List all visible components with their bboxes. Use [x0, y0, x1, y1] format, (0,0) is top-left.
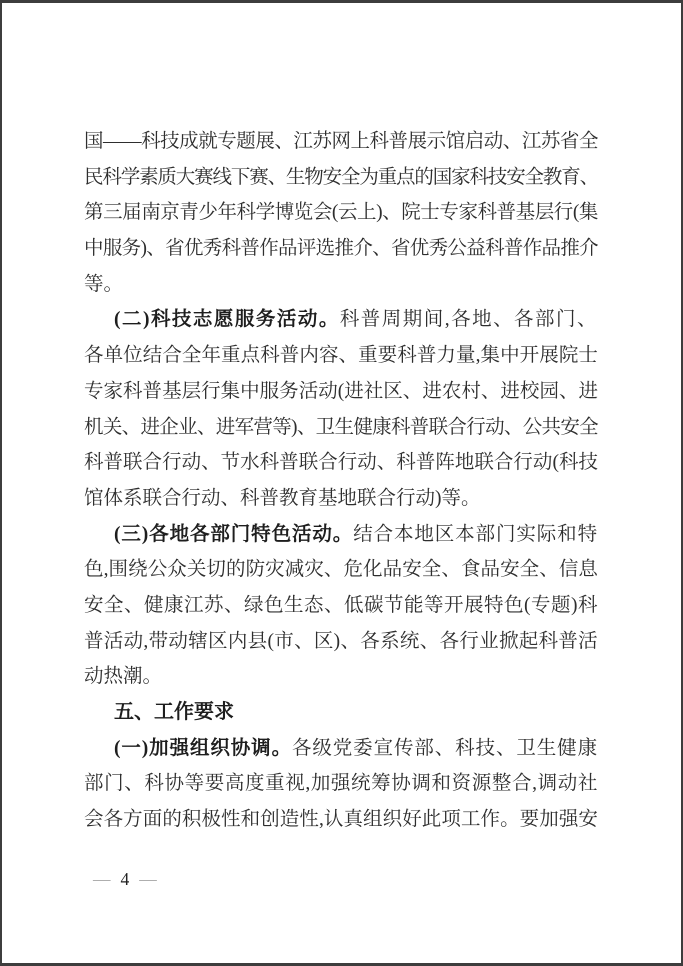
text-line-2: 民科学素质大赛线下赛、生物安全为重点的国家科技安全教育、: [84, 160, 598, 196]
footer-left-dash: —: [93, 869, 111, 889]
body-run: 普活动,带动辖区内县(市、区)、各系统、各行业掀起科普活: [84, 631, 598, 652]
footer-right-dash: —: [139, 869, 157, 889]
line-text: (一)加强组织协调。各级党委宣传部、科技、卫生健康: [114, 731, 598, 767]
bold-run: (二)科技志愿服务活动。: [114, 309, 340, 330]
text-line-13: 色,围绕公众关切的防灾减灾、危化品安全、食品安全、信息: [84, 552, 598, 588]
line-text: 部门、科协等要高度重视,加强统筹协调和资源整合,调动社: [84, 766, 598, 802]
text-line-11: 馆体系联合行动、科普教育基地联合行动)等。: [84, 481, 598, 517]
line-text: 等。: [84, 267, 123, 303]
section-heading-5: 五、工作要求: [84, 695, 598, 731]
line-text: 会各方面的积极性和创造性,认真组织好此项工作。要加强安: [84, 802, 598, 838]
text-line-12: (三)各地各部门特色活动。结合本地区本部门实际和特: [84, 517, 598, 553]
line-text: 科普联合行动、节水科普联合行动、科普阵地联合行动(科技: [84, 445, 598, 481]
line-text: 馆体系联合行动、科普教育基地联合行动)等。: [84, 481, 481, 517]
body-run: 第三届南京青少年科学博览会(云上)、院士专家科普基层行(集: [84, 202, 598, 223]
body-run: 中服务)、省优秀科普作品评选推介、省优秀公益科普作品推介: [84, 238, 598, 259]
body-run: 色,围绕公众关切的防灾减灾、危化品安全、食品安全、信息: [84, 559, 598, 580]
line-text: 机关、进企业、进军营等)、卫生健康科普联合行动、公共安全: [84, 410, 598, 446]
text-line-7: 各单位结合全年重点科普内容、重要科普力量,集中开展院士: [84, 338, 598, 374]
body-run: 国——科技成就专题展、江苏网上科普展示馆启动、江苏省全: [84, 131, 598, 152]
text-line-16: 动热潮。: [84, 659, 598, 695]
bold-run: (三)各地各部门特色活动。: [114, 524, 353, 545]
body-run: 科普联合行动、节水科普联合行动、科普阵地联合行动(科技: [84, 452, 598, 473]
text-line-10: 科普联合行动、节水科普联合行动、科普阵地联合行动(科技: [84, 445, 598, 481]
text-line-6: (二)科技志愿服务活动。科普周期间,各地、各部门、: [84, 302, 598, 338]
text-line-3: 第三届南京青少年科学博览会(云上)、院士专家科普基层行(集: [84, 195, 598, 231]
body-run: 结合本地区本部门实际和特: [353, 524, 598, 545]
bold-run: 五、工作要求: [114, 701, 234, 723]
line-text: 色,围绕公众关切的防灾减灾、危化品安全、食品安全、信息: [84, 552, 598, 588]
body-run: 会各方面的积极性和创造性,认真组织好此项工作。要加强安: [84, 809, 598, 830]
page-number-footer: —4—: [93, 866, 157, 892]
line-text: 第三届南京青少年科学博览会(云上)、院士专家科普基层行(集: [84, 195, 598, 231]
line-text: (三)各地各部门特色活动。结合本地区本部门实际和特: [114, 517, 598, 553]
line-text: 动热潮。: [84, 659, 162, 695]
text-line-4: 中服务)、省优秀科普作品评选推介、省优秀公益科普作品推介: [84, 231, 598, 267]
line-text: (二)科技志愿服务活动。科普周期间,各地、各部门、: [114, 302, 598, 338]
body-run: 科普周期间,各地、各部门、: [340, 309, 598, 330]
text-line-19: 部门、科协等要高度重视,加强统筹协调和资源整合,调动社: [84, 766, 598, 802]
line-text: 五、工作要求: [114, 695, 234, 731]
line-text: 民科学素质大赛线下赛、生物安全为重点的国家科技安全教育、: [84, 160, 598, 196]
body-run: 专家科普基层行集中服务活动(进社区、进农村、进校园、进: [84, 381, 598, 402]
line-text: 安全、健康江苏、绿色生态、低碳节能等开展特色(专题)科: [84, 588, 598, 624]
text-line-14: 安全、健康江苏、绿色生态、低碳节能等开展特色(专题)科: [84, 588, 598, 624]
line-text: 国——科技成就专题展、江苏网上科普展示馆启动、江苏省全: [84, 124, 598, 160]
body-run: 安全、健康江苏、绿色生态、低碳节能等开展特色(专题)科: [84, 595, 598, 616]
body-run: 民科学素质大赛线下赛、生物安全为重点的国家科技安全教育、: [84, 167, 598, 188]
body-run: 各单位结合全年重点科普内容、重要科普力量,集中开展院士: [84, 345, 598, 366]
page-body-text: 国——科技成就专题展、江苏网上科普展示馆启动、江苏省全民科学素质大赛线下赛、生物…: [84, 124, 598, 838]
line-text: 专家科普基层行集中服务活动(进社区、进农村、进校园、进: [84, 374, 598, 410]
text-line-8: 专家科普基层行集中服务活动(进社区、进农村、进校园、进: [84, 374, 598, 410]
body-run: 部门、科协等要高度重视,加强统筹协调和资源整合,调动社: [84, 773, 598, 794]
line-text: 各单位结合全年重点科普内容、重要科普力量,集中开展院士: [84, 338, 598, 374]
line-text: 中服务)、省优秀科普作品评选推介、省优秀公益科普作品推介: [84, 231, 598, 267]
line-text: 普活动,带动辖区内县(市、区)、各系统、各行业掀起科普活: [84, 624, 598, 660]
body-run: 动热潮。: [84, 666, 162, 687]
body-run: 机关、进企业、进军营等)、卫生健康科普联合行动、公共安全: [84, 417, 598, 438]
text-line-18: (一)加强组织协调。各级党委宣传部、科技、卫生健康: [84, 731, 598, 767]
body-run: 馆体系联合行动、科普教育基地联合行动)等。: [84, 488, 481, 509]
text-line-1: 国——科技成就专题展、江苏网上科普展示馆启动、江苏省全: [84, 124, 598, 160]
body-run: 各级党委宣传部、科技、卫生健康: [292, 738, 598, 759]
bold-run: (一)加强组织协调。: [114, 738, 292, 759]
page-number: 4: [121, 869, 130, 889]
text-line-20: 会各方面的积极性和创造性,认真组织好此项工作。要加强安: [84, 802, 598, 838]
text-line-15: 普活动,带动辖区内县(市、区)、各系统、各行业掀起科普活: [84, 624, 598, 660]
body-run: 等。: [84, 274, 123, 295]
text-line-5: 等。: [84, 267, 598, 303]
text-line-9: 机关、进企业、进军营等)、卫生健康科普联合行动、公共安全: [84, 410, 598, 446]
